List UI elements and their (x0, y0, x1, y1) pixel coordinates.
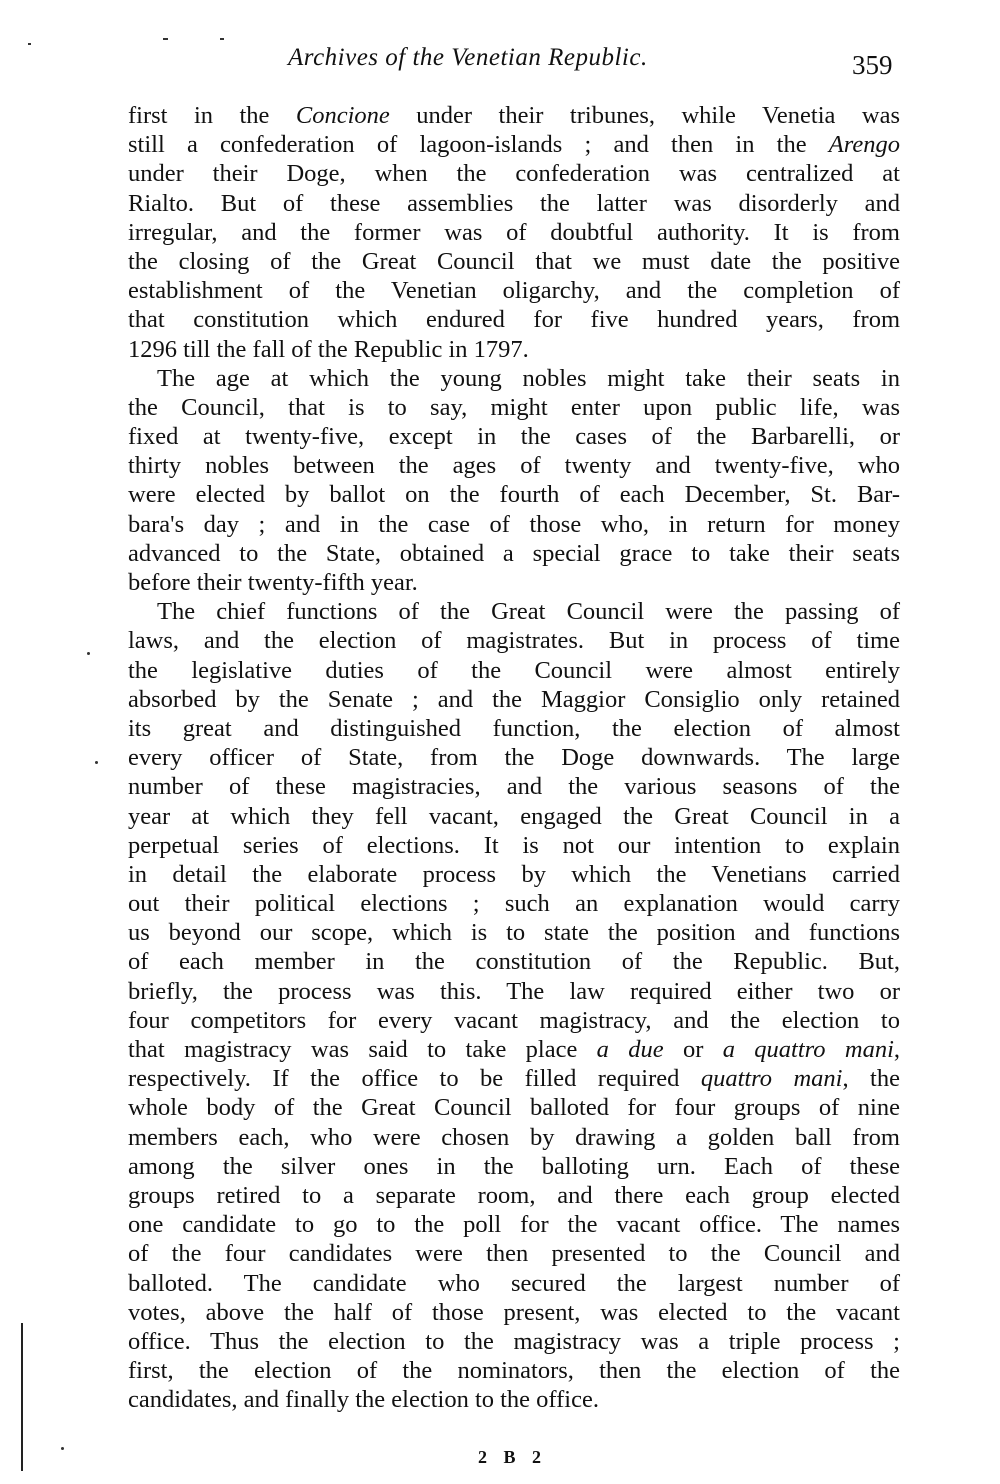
text-run: candidates, and finally the election to … (128, 1386, 599, 1413)
text-run: establishment of the Venetian oligarchy,… (128, 277, 900, 304)
text-line: us beyond our scope, which is to state t… (128, 918, 900, 947)
text-line: out their political elections ; such an … (128, 889, 900, 918)
text-run: out their political elections ; such an … (128, 890, 900, 917)
text-line: first, the election of the nominators, t… (128, 1356, 900, 1385)
text-line: its great and distinguished function, th… (128, 714, 900, 743)
text-line: The age at which the young nobles might … (128, 364, 900, 393)
text-line: members each, who were chosen by drawing… (128, 1123, 900, 1152)
text-line: were elected by ballot on the fourth of … (128, 480, 900, 509)
text-line: the closing of the Great Council that we… (128, 247, 900, 276)
text-run: its great and distinguished function, th… (128, 715, 900, 742)
text-line: that magistracy was said to take place a… (128, 1035, 900, 1064)
text-line: of each member in the constitution of th… (128, 947, 900, 976)
text-run: first in the (128, 102, 296, 129)
running-head: Archives of the Venetian Republic. 359 (0, 44, 1000, 84)
text-run: that magistracy was said to take place (128, 1036, 597, 1063)
text-run: among the silver ones in the balloting u… (128, 1153, 900, 1180)
text-line: irregular, and the former was of doubtfu… (128, 218, 900, 247)
text-run: members each, who were chosen by drawing… (128, 1124, 900, 1151)
text-line: that constitution which endured for five… (128, 305, 900, 334)
text-run: groups retired to a separate room, and t… (128, 1182, 900, 1209)
text-line: still a confederation of lagoon-islands … (128, 130, 900, 159)
text-line: perpetual series of elections. It is not… (128, 831, 900, 860)
text-line: number of these magistracies, and the va… (128, 772, 900, 801)
text-run: first, the election of the nominators, t… (128, 1357, 900, 1384)
text-line: absorbed by the Senate ; and the Maggior… (128, 685, 900, 714)
text-run: four competitors for every vacant magist… (128, 1007, 900, 1034)
text-run: votes, above the half of those present, … (128, 1299, 900, 1326)
text-line: bara's day ; and in the case of those wh… (128, 510, 900, 539)
text-line: before their twenty-fifth year. (128, 568, 900, 597)
text-line: votes, above the half of those present, … (128, 1298, 900, 1327)
scan-speck (28, 43, 31, 45)
text-run: the legislative duties of the Council we… (128, 657, 900, 684)
margin-mark (61, 1447, 64, 1450)
text-line: the Council, that is to say, might enter… (128, 393, 900, 422)
paragraph: The chief functions of the Great Council… (128, 597, 900, 1414)
text-run: one candidate to go to the poll for the … (128, 1211, 900, 1238)
text-line: 1296 till the fall of the Republic in 17… (128, 335, 900, 364)
text-run: The age at which the young nobles might … (157, 365, 900, 392)
text-run: fixed at twenty-five, except in the case… (128, 423, 900, 450)
text-line: office. Thus the election to the magistr… (128, 1327, 900, 1356)
text-line: briefly, the process was this. The law r… (128, 977, 900, 1006)
text-run: the Council, that is to say, might enter… (128, 394, 900, 421)
text-run: under their Doge, when the confederation… (128, 160, 900, 187)
running-title: Archives of the Venetian Republic. (288, 44, 648, 72)
text-line: groups retired to a separate room, and t… (128, 1181, 900, 1210)
text-run: office. Thus the election to the magistr… (128, 1328, 900, 1355)
text-run: bara's day ; and in the case of those wh… (128, 511, 900, 538)
text-run: or (664, 1036, 723, 1063)
italic-term: Concione (296, 102, 390, 129)
text-run: in detail the elaborate process by which… (128, 861, 900, 888)
body-text: first in the Concione under their tribun… (128, 101, 900, 1414)
text-run: laws, and the election of magistrates. B… (128, 627, 900, 654)
text-run: , the (843, 1065, 901, 1092)
signature-mark: 2 B 2 (478, 1447, 547, 1468)
text-run: , (894, 1036, 900, 1063)
text-line: of the four candidates were then present… (128, 1239, 900, 1268)
text-line: first in the Concione under their tribun… (128, 101, 900, 130)
text-run: advanced to the State, obtained a specia… (128, 540, 900, 567)
text-run: the closing of the Great Council that we… (128, 248, 900, 275)
text-run: of the four candidates were then present… (128, 1240, 900, 1267)
text-run: number of these magistracies, and the va… (128, 773, 900, 800)
text-run: perpetual series of elections. It is not… (128, 832, 900, 859)
text-run: that constitution which endured for five… (128, 306, 900, 333)
text-line: thirty nobles between the ages of twenty… (128, 451, 900, 480)
text-line: in detail the elaborate process by which… (128, 860, 900, 889)
text-run: absorbed by the Senate ; and the Maggior… (128, 686, 900, 713)
text-line: every officer of State, from the Doge do… (128, 743, 900, 772)
text-line: candidates, and finally the election to … (128, 1385, 900, 1414)
text-line: respectively. If the office to be filled… (128, 1064, 900, 1093)
text-run: were elected by ballot on the fourth of … (128, 481, 900, 508)
text-run: us beyond our scope, which is to state t… (128, 919, 900, 946)
text-run: Rialto. But of these assemblies the latt… (128, 190, 900, 217)
text-line: four competitors for every vacant magist… (128, 1006, 900, 1035)
text-run: year at which they fell vacant, engaged … (128, 803, 900, 830)
scan-speck (163, 38, 168, 40)
text-line: laws, and the election of magistrates. B… (128, 626, 900, 655)
text-line: one candidate to go to the poll for the … (128, 1210, 900, 1239)
scan-speck (220, 38, 224, 40)
italic-term: Arengo (829, 131, 900, 158)
text-run: briefly, the process was this. The law r… (128, 978, 900, 1005)
text-run: whole body of the Great Council balloted… (128, 1094, 900, 1121)
italic-term: a due (597, 1036, 664, 1063)
text-run: thirty nobles between the ages of twenty… (128, 452, 900, 479)
text-run: every officer of State, from the Doge do… (128, 744, 900, 771)
text-run: still a confederation of lagoon-islands … (128, 131, 829, 158)
text-run: The chief functions of the Great Council… (157, 598, 900, 625)
text-run: under their tribunes, while Venetia was (390, 102, 900, 129)
text-line: year at which they fell vacant, engaged … (128, 802, 900, 831)
text-run: balloted. The candidate who secured the … (128, 1270, 900, 1297)
italic-term: a quattro mani (723, 1036, 894, 1063)
paragraph: first in the Concione under their tribun… (128, 101, 900, 364)
text-line: advanced to the State, obtained a specia… (128, 539, 900, 568)
text-line: Rialto. But of these assemblies the latt… (128, 189, 900, 218)
text-run: respectively. If the office to be filled… (128, 1065, 701, 1092)
margin-mark (87, 652, 90, 655)
italic-term: quattro mani (701, 1065, 843, 1092)
page-number: 359 (852, 50, 893, 81)
text-line: under their Doge, when the confederation… (128, 159, 900, 188)
text-line: The chief functions of the Great Council… (128, 597, 900, 626)
text-line: the legislative duties of the Council we… (128, 656, 900, 685)
text-run: of each member in the constitution of th… (128, 948, 900, 975)
margin-rule (21, 1323, 23, 1471)
text-line: balloted. The candidate who secured the … (128, 1269, 900, 1298)
text-line: fixed at twenty-five, except in the case… (128, 422, 900, 451)
text-line: whole body of the Great Council balloted… (128, 1093, 900, 1122)
paragraph: The age at which the young nobles might … (128, 364, 900, 598)
text-run: before their twenty-fifth year. (128, 569, 418, 596)
text-run: 1296 till the fall of the Republic in 17… (128, 336, 529, 363)
margin-mark (95, 761, 98, 764)
text-line: establishment of the Venetian oligarchy,… (128, 276, 900, 305)
text-line: among the silver ones in the balloting u… (128, 1152, 900, 1181)
text-run: irregular, and the former was of doubtfu… (128, 219, 900, 246)
